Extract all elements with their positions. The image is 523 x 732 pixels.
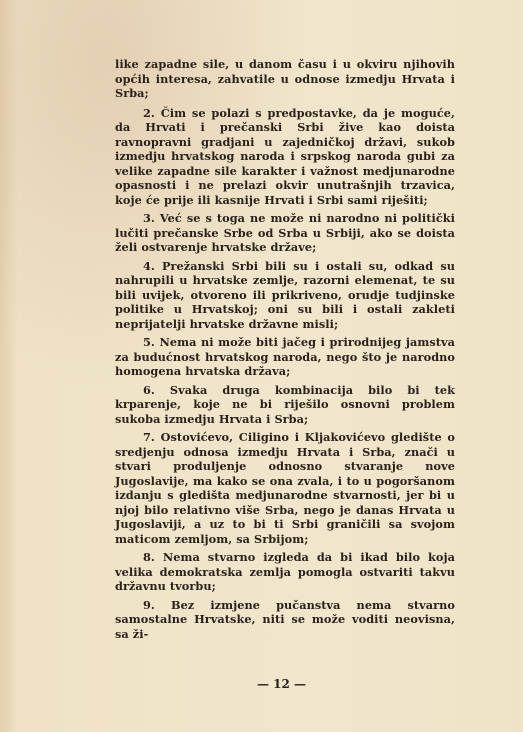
paragraph-number: 5. <box>143 335 155 349</box>
paragraph-number: 6. <box>143 383 155 397</box>
paragraph-text: Svaka druga kombinacija bilo bi tek krpa… <box>115 383 455 426</box>
paragraph-4: 4. Prežanski Srbi bili su i ostali su, o… <box>115 259 455 332</box>
body-text: like zapadne sile, u danom času i u okvi… <box>115 57 455 645</box>
paragraph-tail: ; <box>286 364 290 378</box>
paragraph-6: 6. Svaka druga kombinacija bilo bi tek k… <box>115 383 455 427</box>
paragraph-number: 4. <box>143 259 155 273</box>
page-number: — 12 — <box>0 677 523 691</box>
paragraph-8: 8. Nema stvarno izgleda da bi ikad bilo … <box>115 550 455 594</box>
paragraph-text: Nema stvarno izgleda da bi ikad bilo koj… <box>115 550 455 593</box>
paragraph-number: 8. <box>143 550 155 564</box>
paragraph-number: 9. <box>143 598 155 612</box>
paragraph-number: 3. <box>143 211 155 225</box>
paragraph-number: 2. <box>143 106 155 120</box>
paragraph-number: 7. <box>143 430 155 444</box>
paragraph-text: Ostovićevo, Ciligino i Kljakovićevo gled… <box>115 430 455 546</box>
paragraph-3: 3. Već se s toga ne može ni narodno ni p… <box>115 211 455 255</box>
document-page: like zapadne sile, u danom času i u okvi… <box>0 0 523 732</box>
paragraph-text: Čim se polazi s predpostavke, da je mogu… <box>115 106 455 207</box>
paragraph-text: Bez izmjene pučanstva nema stvarno samos… <box>115 598 455 641</box>
paragraph-continuation: like zapadne sile, u danom času i u okvi… <box>115 57 455 101</box>
paragraph-2: 2. Čim se polazi s predpostavke, da je m… <box>115 106 455 208</box>
paragraph-text: like zapadne sile, u danom času i u okvi… <box>115 57 455 100</box>
paragraph-7: 7. Ostovićevo, Ciligino i Kljakovićevo g… <box>115 430 455 546</box>
paragraph-text: Već se s toga ne može ni narodno ni poli… <box>115 211 455 254</box>
paragraph-5: 5. Nema ni može biti jačeg i prirodnijeg… <box>115 335 455 379</box>
paragraph-text: Prežanski Srbi bili su i ostali su, odka… <box>115 259 455 331</box>
paragraph-9: 9. Bez izmjene pučanstva nema stvarno sa… <box>115 598 455 642</box>
